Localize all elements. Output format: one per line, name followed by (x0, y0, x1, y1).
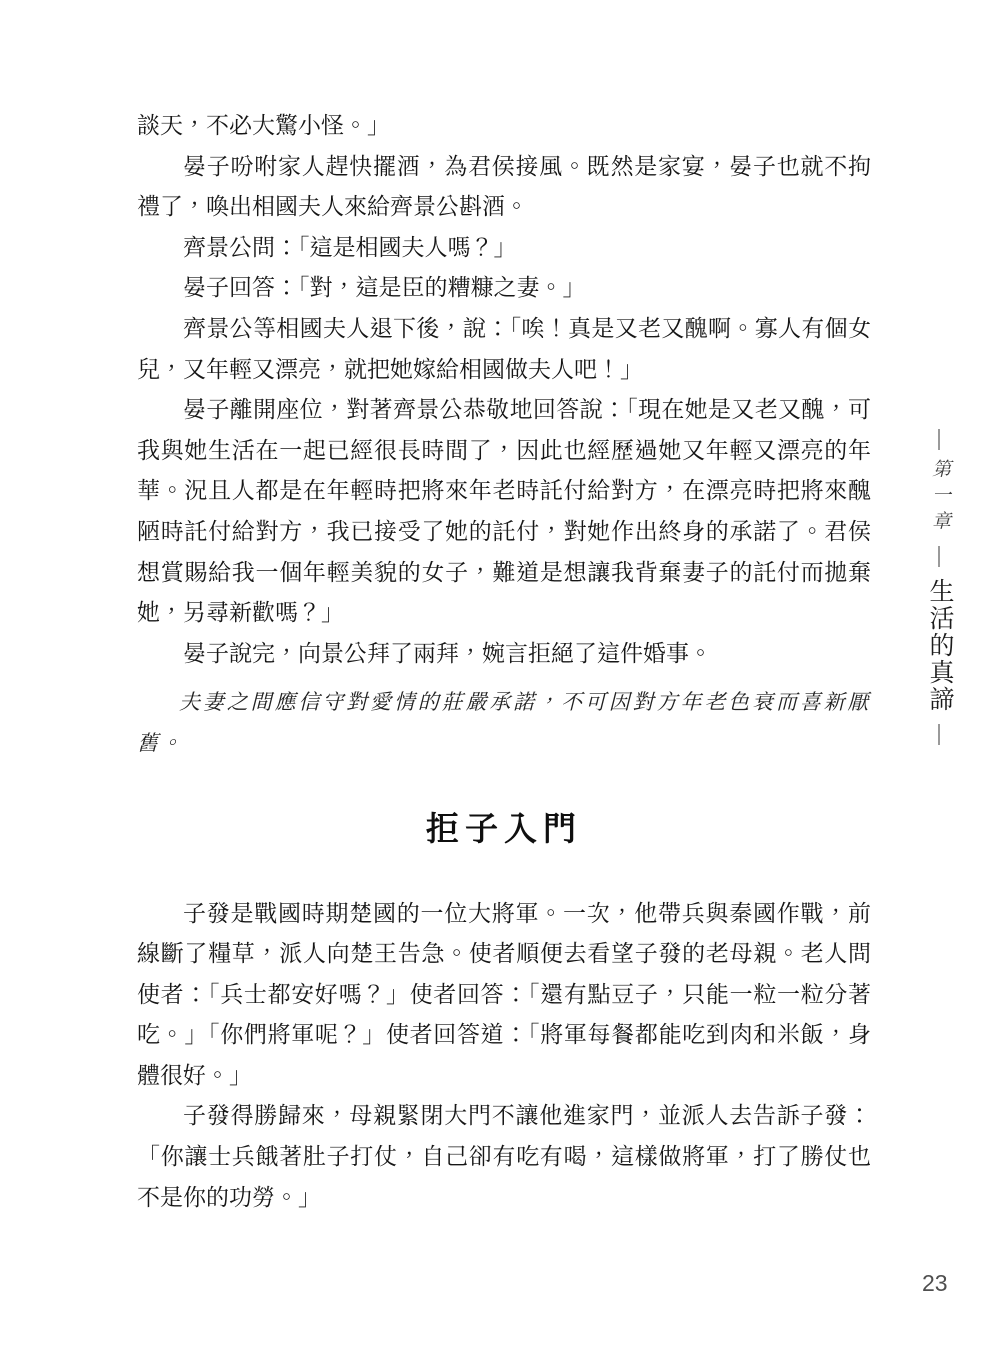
page-content: 談天，不必大驚小怪。」 晏子吩咐家人趕快擺酒，為君侯接風。既然是家宴，晏子也就不… (137, 106, 871, 1218)
paragraph: 齊景公等相國夫人退下後，說：「唉！真是又老又醜啊。寡人有個女兒，又年輕又漂亮，就… (137, 309, 871, 390)
sidebar-rule-top (938, 429, 940, 450)
chapter-label: 第一章 (929, 459, 950, 537)
page-number: 23 (922, 1270, 948, 1297)
paragraph: 晏子說完，向景公拜了兩拜，婉言拒絕了這件婚事。 (137, 634, 871, 675)
paragraph: 齊景公問：「這是相國夫人嗎？」 (137, 228, 871, 269)
paragraph: 晏子吩咐家人趕快擺酒，為君侯接風。既然是家宴，晏子也就不拘禮了，喚出相國夫人來給… (137, 147, 871, 228)
paragraph: 晏子離開座位，對著齊景公恭敬地回答說：「現在她是又老又醜，可我與她生活在一起已經… (137, 390, 871, 634)
paragraph: 子發是戰國時期楚國的一位大將軍。一次，他帶兵與秦國作戰，前線斷了糧草，派人向楚王… (137, 894, 871, 1097)
book-page: 談天，不必大驚小怪。」 晏子吩咐家人趕快擺酒，為君侯接風。既然是家宴，晏子也就不… (0, 0, 1000, 1353)
paragraph: 晏子回答：「對，這是臣的糟糠之妻。」 (137, 268, 871, 309)
sidebar-rule-bottom (938, 724, 940, 745)
paragraph-continuation: 談天，不必大驚小怪。」 (137, 106, 871, 147)
chapter-sidebar: 第一章生活的真諦 (927, 424, 952, 750)
section-heading: 拒子入門 (137, 810, 871, 850)
moral-note: 夫妻之間應信守對愛情的莊嚴承諾，不可因對方年老色衰而喜新厭舊。 (137, 682, 871, 763)
sidebar-rule-middle (938, 546, 940, 567)
chapter-title: 生活的真諦 (926, 578, 953, 713)
paragraph: 子發得勝歸來，母親緊閉大門不讓他進家門，並派人去告訴子發：「你讓士兵餓著肚子打仗… (137, 1096, 871, 1218)
